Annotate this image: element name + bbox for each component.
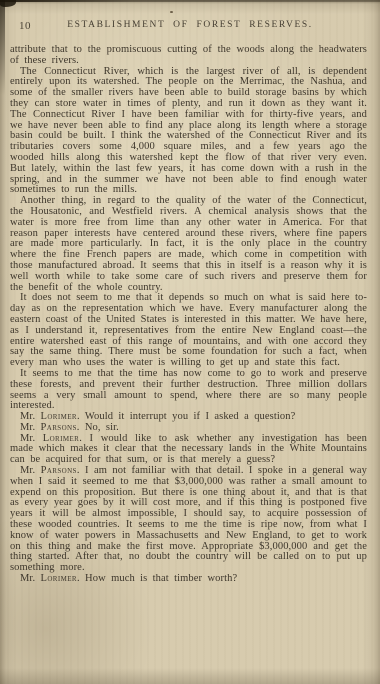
page-body: attribute that to the promiscuous cuttin… <box>10 45 367 585</box>
speaker-prefix: Mr. <box>20 465 41 476</box>
text-paragraph: It seems to me that the time has now com… <box>10 369 367 412</box>
paragraph-text: Another thing, in regard to the quality … <box>10 195 367 292</box>
dialogue-paragraph: Mr. Lorimer. I would like to ask whether… <box>10 434 367 466</box>
dialogue-text: Would it interrupt you if I asked a ques… <box>85 411 296 422</box>
paper-speck <box>170 11 173 13</box>
book-page-scan: 10 ESTABLISHMENT OF FOREST RESERVES. att… <box>0 0 380 684</box>
speaker-prefix: Mr. <box>20 433 43 444</box>
running-title: ESTABLISHMENT OF FOREST RESERVES. <box>0 20 380 30</box>
dialogue-paragraph: Mr. Parsons. I am not familiar with that… <box>10 466 367 574</box>
scan-edge-left <box>0 0 5 95</box>
speaker-prefix: Mr. <box>20 573 41 584</box>
text-paragraph: It does not seem to me that it depends s… <box>10 293 367 369</box>
speaker-name: Lorimer <box>41 573 77 584</box>
speaker-name: Parsons <box>41 465 77 476</box>
speaker-name: Parsons <box>41 422 77 433</box>
dialogue-text: No, sir. <box>85 422 119 433</box>
speaker-suffix: . <box>77 422 85 433</box>
dialogue-paragraph: Mr. Lorimer. How much is that timber wor… <box>10 574 367 585</box>
text-paragraph: The Connecticut River, which is the larg… <box>10 67 367 197</box>
speaker-prefix: Mr. <box>20 411 41 422</box>
speaker-name: Lorimer <box>41 411 77 422</box>
speaker-suffix: . <box>77 573 85 584</box>
speaker-suffix: . <box>79 433 89 444</box>
text-paragraph: Another thing, in regard to the quality … <box>10 196 367 293</box>
speaker-suffix: . <box>77 465 85 476</box>
dialogue-text: How much is that timber worth? <box>85 573 237 584</box>
text-paragraph: attribute that to the promiscuous cuttin… <box>10 45 367 67</box>
scan-edge-top <box>0 0 380 2</box>
speaker-prefix: Mr. <box>20 422 41 433</box>
paragraph-text: The Connecticut River, which is the larg… <box>10 66 367 196</box>
running-head: 10 ESTABLISHMENT OF FOREST RESERVES. <box>0 20 380 34</box>
dialogue-text: I am not familiar with that detail. I sp… <box>10 465 367 573</box>
speaker-name: Lorimer <box>43 433 79 444</box>
speaker-suffix: . <box>77 411 85 422</box>
paragraph-text: It seems to me that the time has now com… <box>10 368 367 411</box>
paragraph-text: It does not seem to me that it depends s… <box>10 292 367 368</box>
page-number: 10 <box>19 20 31 32</box>
paragraph-text: attribute that to the promiscuous cuttin… <box>10 44 367 66</box>
